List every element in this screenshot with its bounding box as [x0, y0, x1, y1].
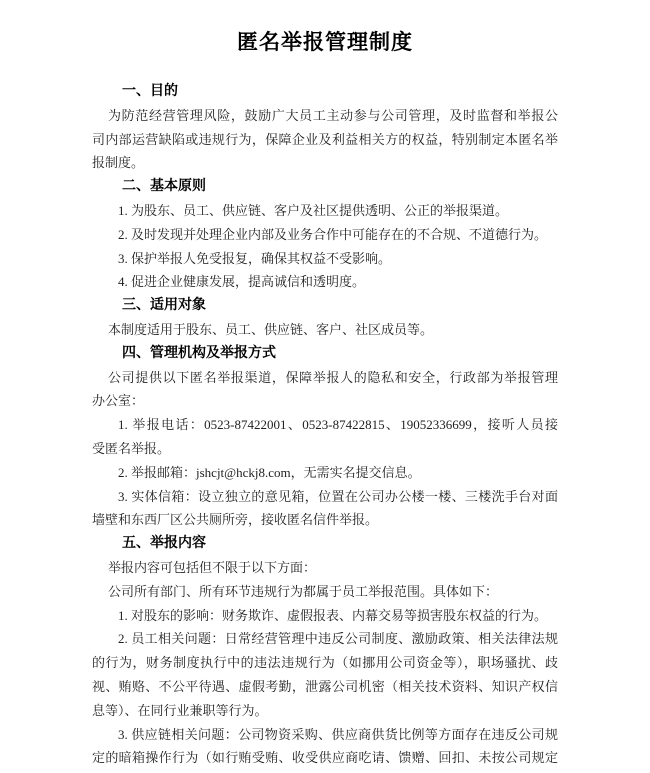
paragraph: 1. 举报电话：0523-87422001、0523-87422815、1905…	[92, 413, 558, 461]
paragraph: 3. 实体信箱：设立独立的意见箱，位置在公司办公楼一楼、三楼洗手台对面墙壁和东西…	[92, 485, 558, 533]
text-line: 3. 保护举报人免受报复，确保其权益不受影响。	[92, 247, 558, 271]
text-line: 1. 为股东、员工、供应链、客户及社区提供透明、公正的举报渠道。	[92, 199, 558, 223]
text-line: 定的暗箱操作行为（如行贿受贿、收受供应商吃请、馈赠、回扣、未按公司规定	[92, 746, 558, 770]
section-heading: 一、目的	[92, 80, 558, 104]
text-line: 的行为，财务制度执行中的违法违规行为（如挪用公司资金等），职场骚扰、歧	[92, 651, 558, 675]
paragraph: 4. 促进企业健康发展，提高诚信和透明度。	[92, 270, 558, 294]
text-line: 公司所有部门、所有环节违规行为都属于员工举报范围。具体如下：	[92, 580, 558, 604]
text-line: 1. 对股东的影响：财务欺诈、虚假报表、内幕交易等损害股东权益的行为。	[92, 604, 558, 628]
paragraph: 3. 供应链相关问题：公司物资采购、供应商供货比例等方面存在违反公司规定的暗箱操…	[92, 723, 558, 771]
section-heading: 三、适用对象	[92, 294, 558, 318]
paragraph: 举报内容可包括但不限于以下方面：	[92, 556, 558, 580]
text-line: 3. 供应链相关问题：公司物资采购、供应商供货比例等方面存在违反公司规	[92, 723, 558, 747]
text-line: 2. 举报邮箱：jshcjt@hckj8.com，无需实名提交信息。	[92, 461, 558, 485]
paragraph: 为防范经营管理风险，鼓励广大员工主动参与公司管理，及时监督和举报公司内部运营缺陷…	[92, 104, 558, 175]
text-line: 报制度。	[92, 151, 558, 175]
text-line: 视、贿赂、不公平待遇、虚假考勤，泄露公司机密（相关技术资料、知识产权信	[92, 675, 558, 699]
doc-title: 匿名举报管理制度	[92, 30, 558, 56]
text-line: 受匿名举报。	[92, 437, 558, 461]
text-line: 息等）、在同行业兼职等行为。	[92, 699, 558, 723]
paragraph: 公司提供以下匿名举报渠道，保障举报人的隐私和安全，行政部为举报管理办公室：	[92, 366, 558, 414]
section-heading: 二、基本原则	[92, 175, 558, 199]
text-line: 3. 实体信箱：设立独立的意见箱，位置在公司办公楼一楼、三楼洗手台对面	[92, 485, 558, 509]
paragraph: 1. 为股东、员工、供应链、客户及社区提供透明、公正的举报渠道。	[92, 199, 558, 223]
section-heading: 五、举报内容	[92, 532, 558, 556]
text-line: 4. 促进企业健康发展，提高诚信和透明度。	[92, 270, 558, 294]
paragraph: 2. 员工相关问题：日常经营管理中违反公司制度、激励政策、相关法律法规的行为，财…	[92, 627, 558, 722]
text-line: 2. 及时发现并处理企业内部及业务合作中可能存在的不合规、不道德行为。	[92, 223, 558, 247]
paragraph: 2. 举报邮箱：jshcjt@hckj8.com，无需实名提交信息。	[92, 461, 558, 485]
text-line: 2. 员工相关问题：日常经营管理中违反公司制度、激励政策、相关法律法规	[92, 627, 558, 651]
text-line: 本制度适用于股东、员工、供应链、客户、社区成员等。	[92, 318, 558, 342]
paragraph: 公司所有部门、所有环节违规行为都属于员工举报范围。具体如下：	[92, 580, 558, 604]
text-line: 办公室：	[92, 389, 558, 413]
text-line: 为防范经营管理风险，鼓励广大员工主动参与公司管理，及时监督和举报公	[92, 104, 558, 128]
document-page: 匿名举报管理制度 一、目的为防范经营管理风险，鼓励广大员工主动参与公司管理，及时…	[0, 0, 650, 773]
text-line: 1. 举报电话：0523-87422001、0523-87422815、1905…	[92, 413, 558, 437]
text-line: 公司提供以下匿名举报渠道，保障举报人的隐私和安全，行政部为举报管理	[92, 366, 558, 390]
paragraph: 3. 保护举报人免受报复，确保其权益不受影响。	[92, 247, 558, 271]
section-heading: 四、管理机构及举报方式	[92, 342, 558, 366]
text-line: 举报内容可包括但不限于以下方面：	[92, 556, 558, 580]
doc-body: 一、目的为防范经营管理风险，鼓励广大员工主动参与公司管理，及时监督和举报公司内部…	[92, 80, 558, 770]
paragraph: 本制度适用于股东、员工、供应链、客户、社区成员等。	[92, 318, 558, 342]
paragraph: 1. 对股东的影响：财务欺诈、虚假报表、内幕交易等损害股东权益的行为。	[92, 604, 558, 628]
text-line: 司内部运营缺陷或违规行为，保障企业及利益相关方的权益，特别制定本匿名举	[92, 128, 558, 152]
paragraph: 2. 及时发现并处理企业内部及业务合作中可能存在的不合规、不道德行为。	[92, 223, 558, 247]
text-line: 墙壁和东西厂区公共厕所旁，接收匿名信件举报。	[92, 508, 558, 532]
